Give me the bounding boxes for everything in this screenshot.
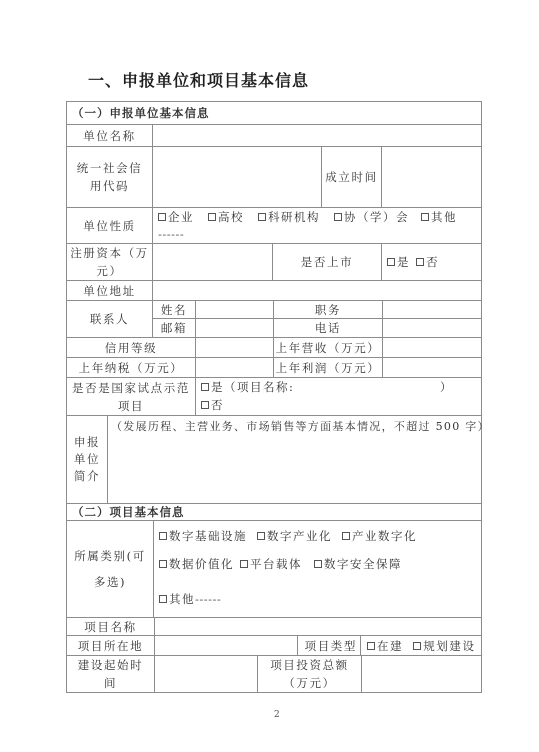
project-name-field[interactable] [154,617,482,636]
category-other-blank[interactable]: ------ [195,592,221,606]
project-type-options: 在建规划建设 [360,635,482,656]
last-year-profit-field[interactable] [382,357,482,378]
pilot-option-yes[interactable]: 是（项目名称: [201,378,294,396]
unit-nature-option-other[interactable]: 其他 [421,208,457,226]
project-type-option-planned[interactable]: 规划建设 [413,637,475,655]
category-option-industrial-digitalization[interactable]: 产业数字化 [342,527,417,545]
project-name-label: 项目名称 [66,617,155,636]
category-label: 所属类别(可 多选) [66,520,154,618]
pilot-option-no[interactable]: 否 [201,396,224,414]
application-form: （一）申报单位基本信息 单位名称 统一社会信 用代码 成立时间 单位性质 企业高… [0,0,539,752]
checkbox-icon [158,213,166,221]
listed-label: 是否上市 [272,243,382,281]
contact-phone-field[interactable] [382,318,482,338]
contact-position-field[interactable] [382,300,482,319]
checkbox-icon [413,642,421,650]
unit-nature-option-research[interactable]: 科研机构 [258,208,320,226]
contact-name-label: 姓名 [152,300,196,319]
checkbox-icon [342,532,350,540]
listed-option-no[interactable]: 否 [416,253,439,271]
contact-position-label: 职务 [273,300,383,319]
last-year-revenue-label: 上年营收（万元） [273,337,383,358]
credit-rating-label: 信用等级 [66,337,196,358]
category-option-digital-industrialization[interactable]: 数字产业化 [257,527,332,545]
checkbox-icon [159,560,167,568]
unit-nature-option-association[interactable]: 协（学）会 [334,208,409,226]
credit-rating-field[interactable] [195,337,274,358]
category-option-platform-carrier[interactable]: 平台载体 [240,555,302,573]
unit-nature-option-enterprise[interactable]: 企业 [158,208,194,226]
section-header-unit-info: （一）申报单位基本信息 [66,101,482,125]
contact-email-field[interactable] [195,318,274,338]
last-year-revenue-field[interactable] [382,337,482,358]
checkbox-icon [334,213,342,221]
intro-hint: （发展历程、主营业务、市场销售等方面基本情况，不超过 500 字） [111,418,490,434]
checkbox-icon [201,401,209,409]
address-label: 单位地址 [66,280,153,301]
checkbox-icon [257,532,265,540]
contact-email-label: 邮箱 [152,318,196,338]
section-header-project-info: （二）项目基本信息 [66,503,482,521]
category-options-row-1: 数字基础设施数字产业化产业数字化 [159,527,417,545]
total-investment-field[interactable] [361,655,482,693]
checkbox-icon [240,560,248,568]
checkbox-icon [367,642,375,650]
category-option-data-valorization[interactable]: 数据价值化 [159,555,234,573]
established-date-field[interactable] [381,146,482,208]
listed-option-yes[interactable]: 是 [387,253,410,271]
checkbox-icon [201,383,209,391]
project-type-label: 项目类型 [297,635,361,656]
unit-nature-option-university[interactable]: 高校 [208,208,244,226]
contact-name-field[interactable] [195,300,274,319]
established-date-label: 成立时间 [321,146,382,208]
checkbox-icon [387,258,395,266]
listed-options: 是否 [381,243,482,281]
pilot-yes-close-paren: ） [440,378,453,396]
checkbox-icon [421,213,429,221]
pilot-project-label: 是否是国家试点示范 项目 [66,377,196,416]
construction-start-label: 建设起始时 间 [66,655,155,693]
credit-code-field[interactable] [152,146,322,208]
contact-label: 联系人 [66,300,153,338]
category-options-row-2: 数据价值化平台载体数字安全保障 [159,555,402,573]
unit-name-label: 单位名称 [66,124,153,147]
project-location-field[interactable] [154,635,298,656]
project-type-option-under-construction[interactable]: 在建 [367,637,403,655]
category-option-digital-infrastructure[interactable]: 数字基础设施 [159,527,247,545]
checkbox-icon [416,258,424,266]
address-field[interactable] [152,280,482,301]
page-number: 2 [274,710,280,720]
intro-label: 申报 单位 简介 [66,415,108,504]
last-year-tax-field[interactable] [195,357,274,378]
registered-capital-label: 注册资本（万 元） [66,243,153,281]
registered-capital-field[interactable] [152,243,273,281]
contact-phone-label: 电话 [273,318,383,338]
construction-start-field[interactable] [154,655,258,693]
checkbox-icon [159,595,167,603]
unit-nature-label: 单位性质 [66,207,153,244]
unit-name-field[interactable] [152,124,482,147]
unit-nature-other-blank[interactable]: ------ [158,225,184,243]
checkbox-icon [314,560,322,568]
unit-nature-options: 企业高校科研机构协（学）会其他 [158,208,457,226]
last-year-profit-label: 上年利润（万元） [273,357,383,378]
checkbox-icon [208,213,216,221]
project-location-label: 项目所在地 [66,635,155,656]
category-option-digital-security[interactable]: 数字安全保障 [314,555,402,573]
category-option-other[interactable]: 其他------ [159,590,221,608]
checkbox-icon [159,532,167,540]
total-investment-label: 项目投资总额 （万元） [257,655,362,693]
credit-code-label: 统一社会信 用代码 [66,146,153,208]
last-year-tax-label: 上年纳税（万元） [66,357,196,378]
checkbox-icon [258,213,266,221]
